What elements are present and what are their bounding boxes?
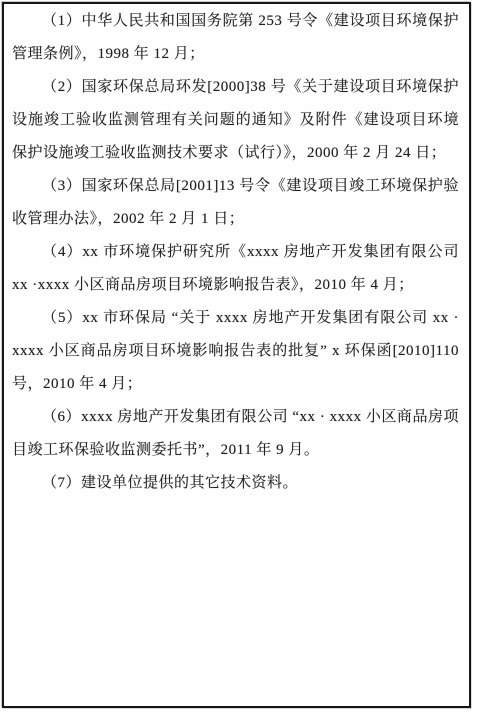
reference-item-5: （5）xx 市环保局 “关于 xxxx 房地产开发集团有限公司 xx · xxx… [12,302,459,401]
document-canvas: （1）中华人民共和国国务院第 253 号令《建设项目环境保护管理条例》，1998… [0,0,479,715]
reference-item-7: （7）建设单位提供的其它技术资料。 [12,467,459,500]
reference-item-2: （2）国家环保总局环发[2000]38 号《关于建设项目环境保护设施竣工验收监测… [12,71,459,170]
reference-item-1: （1）中华人民共和国国务院第 253 号令《建设项目环境保护管理条例》，1998… [12,5,459,71]
page-border-frame: （1）中华人民共和国国务院第 253 号令《建设项目环境保护管理条例》，1998… [2,2,471,708]
document-body-text: （1）中华人民共和国国务院第 253 号令《建设项目环境保护管理条例》，1998… [4,4,469,706]
reference-item-4: （4）xx 市环境保护研究所《xxxx 房地产开发集团有限公司 xx ·xxxx… [12,236,459,302]
reference-item-6: （6）xxxx 房地产开发集团有限公司 “xx · xxxx 小区商品房项目竣工… [12,401,459,467]
reference-item-3: （3）国家环保总局[2001]13 号令《建设项目竣工环境保护验收管理办法》，2… [12,170,459,236]
